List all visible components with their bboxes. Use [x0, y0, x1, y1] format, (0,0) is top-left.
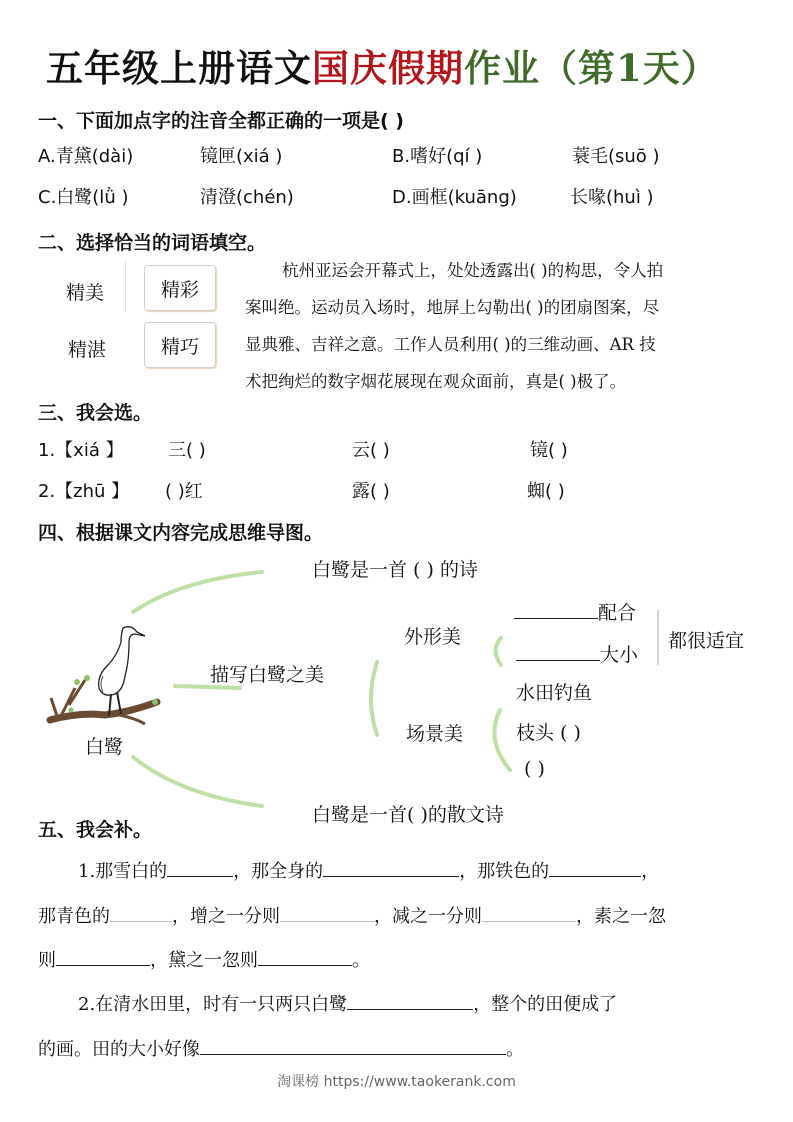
text: 1.那雪白的 — [78, 861, 167, 882]
blank[interactable] — [549, 876, 641, 877]
text: ，减之一分则 — [374, 906, 482, 927]
text: ，素之一忽 — [576, 906, 666, 927]
appearance-item-2: 大小 — [516, 640, 638, 667]
blank[interactable] — [56, 965, 150, 966]
text: 的画。田的大小好像 — [38, 1039, 200, 1060]
text: 2.在清水田里，时有一只两只白鹭 — [78, 994, 347, 1015]
blank[interactable] — [347, 1009, 473, 1010]
mindmap-root: 白鹭 — [85, 732, 123, 759]
egret-illustration — [45, 620, 165, 730]
text: ，黛之一忽则 — [150, 950, 258, 971]
q5-2-line-1: 2.在清水田里，时有一只两只白鹭，整个的田便成了 — [78, 990, 617, 1016]
q5-1-line-3: 则，黛之一忽则。 — [38, 946, 370, 972]
text: ，那全身的 — [233, 861, 323, 882]
appearance-blank-2[interactable] — [516, 660, 600, 661]
blank[interactable] — [482, 921, 576, 922]
section5-heading: 五、我会补。 — [38, 815, 152, 842]
appearance-item-2-label: 大小 — [600, 644, 638, 666]
text: 那青色的 — [38, 906, 110, 927]
scene-item-1: 水田钓鱼 — [516, 678, 592, 705]
appearance-label: 外形美 — [404, 622, 461, 649]
scene-label: 场景美 — [406, 719, 463, 746]
blank[interactable] — [323, 876, 459, 877]
q5-1-line-2: 那青色的，增之一分则，减之一分则，素之一忽 — [38, 902, 666, 928]
text: ，整个的田便成了 — [473, 994, 617, 1015]
text: ， — [641, 861, 659, 882]
blank[interactable] — [200, 1054, 506, 1055]
blank[interactable] — [258, 965, 352, 966]
scene-item-3: ( ) — [524, 758, 545, 780]
appearance-summary: 都很适宜 — [668, 626, 744, 653]
appearance-item-1-label: 配合 — [598, 602, 636, 624]
mindmap-top-branch: 白鹭是一首 ( ) 的诗 — [312, 555, 478, 582]
blank[interactable] — [110, 921, 172, 922]
mindmap-bottom-branch: 白鹭是一首( )的散文诗 — [312, 800, 504, 827]
blank[interactable] — [280, 921, 374, 922]
text: 。 — [352, 950, 370, 971]
footer-watermark: 淘课榜 https://www.taokerank.com — [0, 1071, 793, 1091]
appearance-item-1: 配合 — [514, 598, 636, 625]
appearance-blank-1[interactable] — [514, 618, 598, 619]
text: 则 — [38, 950, 56, 971]
q5-1-line-1: 1.那雪白的，那全身的，那铁色的， — [78, 857, 659, 883]
text: ，增之一分则 — [172, 906, 280, 927]
mindmap-middle-branch: 描写白鹭之美 — [210, 660, 324, 687]
text: ，那铁色的 — [459, 861, 549, 882]
blank[interactable] — [167, 876, 233, 877]
text: 。 — [506, 1039, 524, 1060]
q5-2-line-2: 的画。田的大小好像。 — [38, 1035, 524, 1061]
scene-item-2: 枝头 ( ) — [516, 718, 581, 745]
